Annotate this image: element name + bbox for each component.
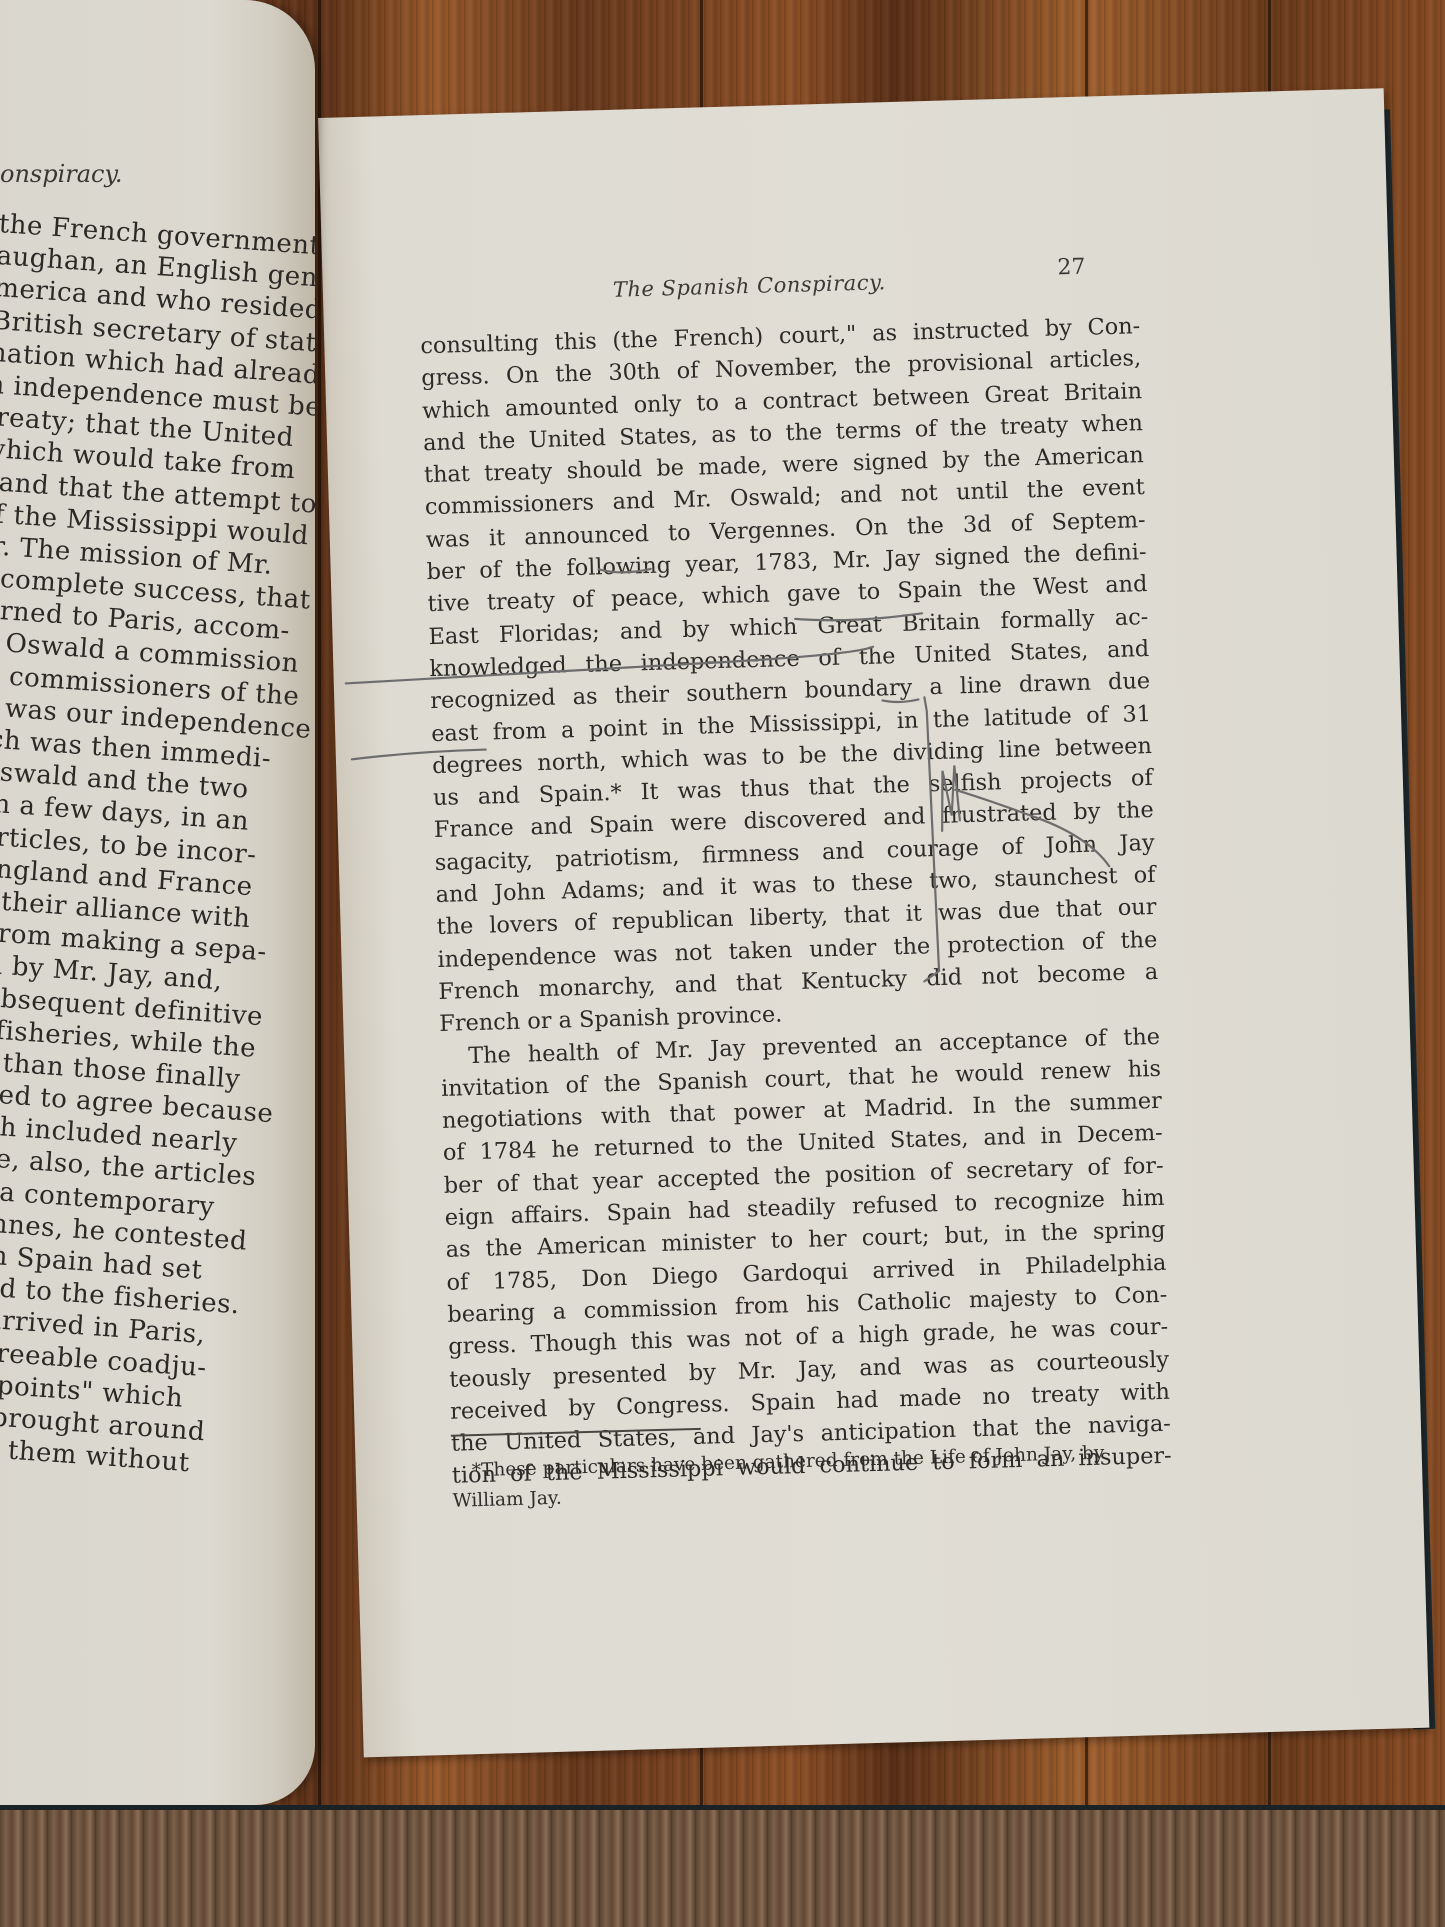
table-surface [0,1805,1445,1927]
page-number: 27 [1057,255,1086,281]
running-head-fragment: onspiracy. [0,160,122,188]
page-body-text: consulting this (the French) court," as … [420,310,1172,1492]
left-page-text: the French government, aughan, an Englis… [0,208,299,1481]
running-head: The Spanish Conspiracy. [613,270,887,302]
right-page: The Spanish Conspiracy. 27 consulting th… [318,88,1429,1757]
left-page: onspiracy. the French government, aughan… [0,0,315,1805]
table-plank-seam [318,0,321,1927]
